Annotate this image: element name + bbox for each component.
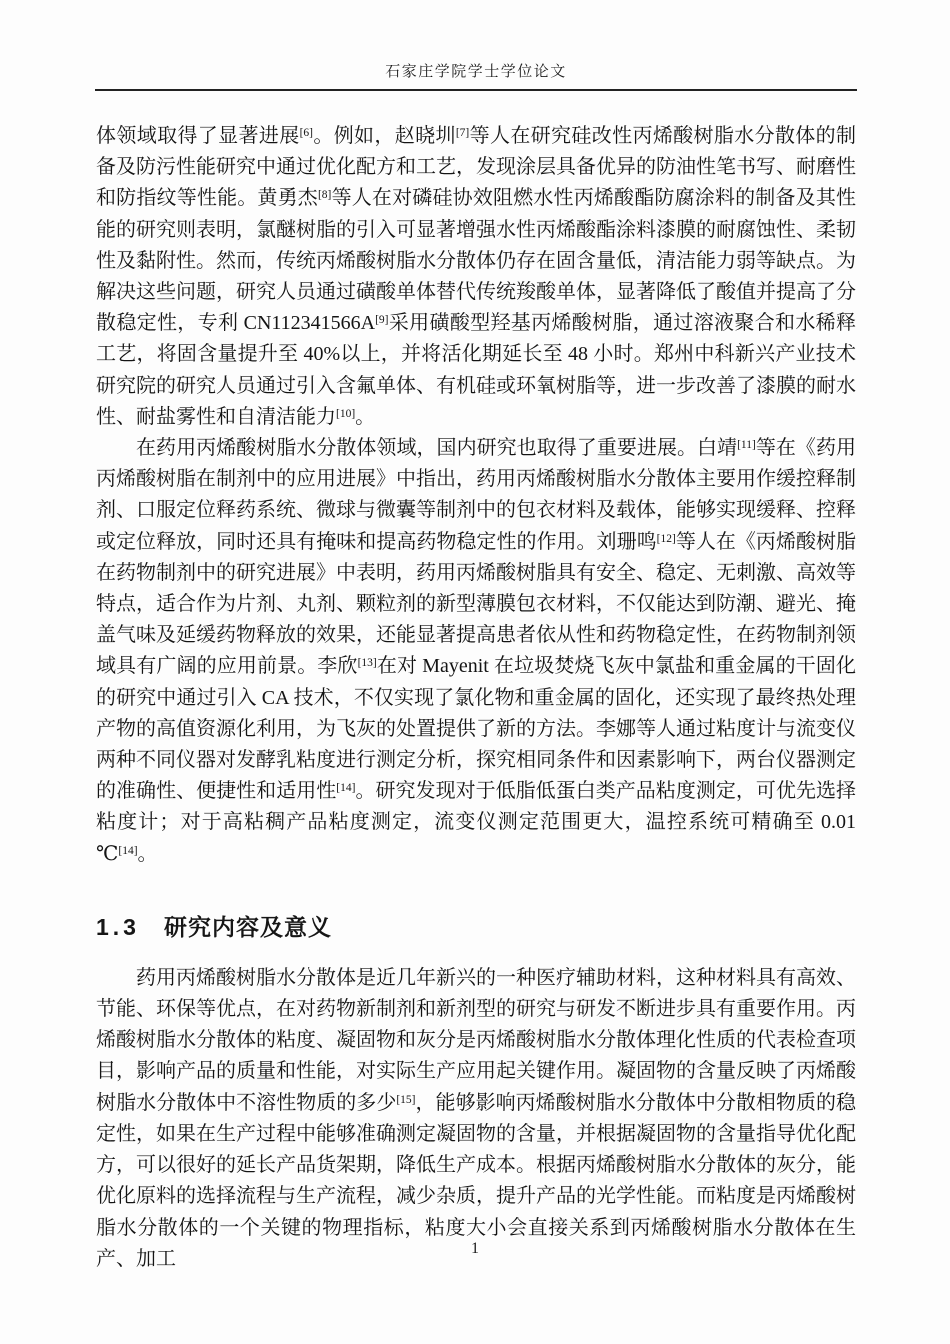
paragraph: 药用丙烯酸树脂水分散体是近几年新兴的一种医疗辅助材料，这种材料具有高效、节能、环… <box>96 963 856 1275</box>
citation-ref: [6] <box>300 127 313 139</box>
citation-ref: [14] <box>336 782 355 794</box>
heading-number: 1.3 <box>96 914 140 940</box>
section-heading: 1.3研究内容及意义 <box>96 912 856 942</box>
citation-ref: [8] <box>318 189 331 201</box>
citation-ref: [9] <box>375 314 388 326</box>
citation-ref: [12] <box>657 533 676 545</box>
paragraph: 体领域取得了显著进展[6]。例如，赵晓圳[7]等人在研究硅改性丙烯酸树脂水分散体… <box>96 121 856 433</box>
heading-title: 研究内容及意义 <box>164 914 332 940</box>
page-number: 1 <box>471 1240 479 1257</box>
citation-ref: [11] <box>737 439 756 451</box>
page-footer: 1 <box>0 1240 950 1258</box>
header-title: 石家庄学院学士学位论文 <box>385 64 567 80</box>
citation-ref: [14] <box>118 845 137 857</box>
thesis-page: 石家庄学院学士学位论文 体领域取得了显著进展[6]。例如，赵晓圳[7]等人在研究… <box>0 0 950 1344</box>
citation-ref: [15] <box>396 1094 415 1106</box>
page-header: 石家庄学院学士学位论文 <box>95 60 857 91</box>
citation-ref: [13] <box>358 657 377 669</box>
paragraph: 在药用丙烯酸树脂水分散体领域，国内研究也取得了重要进展。白靖[11]等在《药用丙… <box>96 433 856 870</box>
document-body: 体领域取得了显著进展[6]。例如，赵晓圳[7]等人在研究硅改性丙烯酸树脂水分散体… <box>96 121 856 1275</box>
citation-ref: [10] <box>336 408 355 420</box>
citation-ref: [7] <box>456 127 469 139</box>
